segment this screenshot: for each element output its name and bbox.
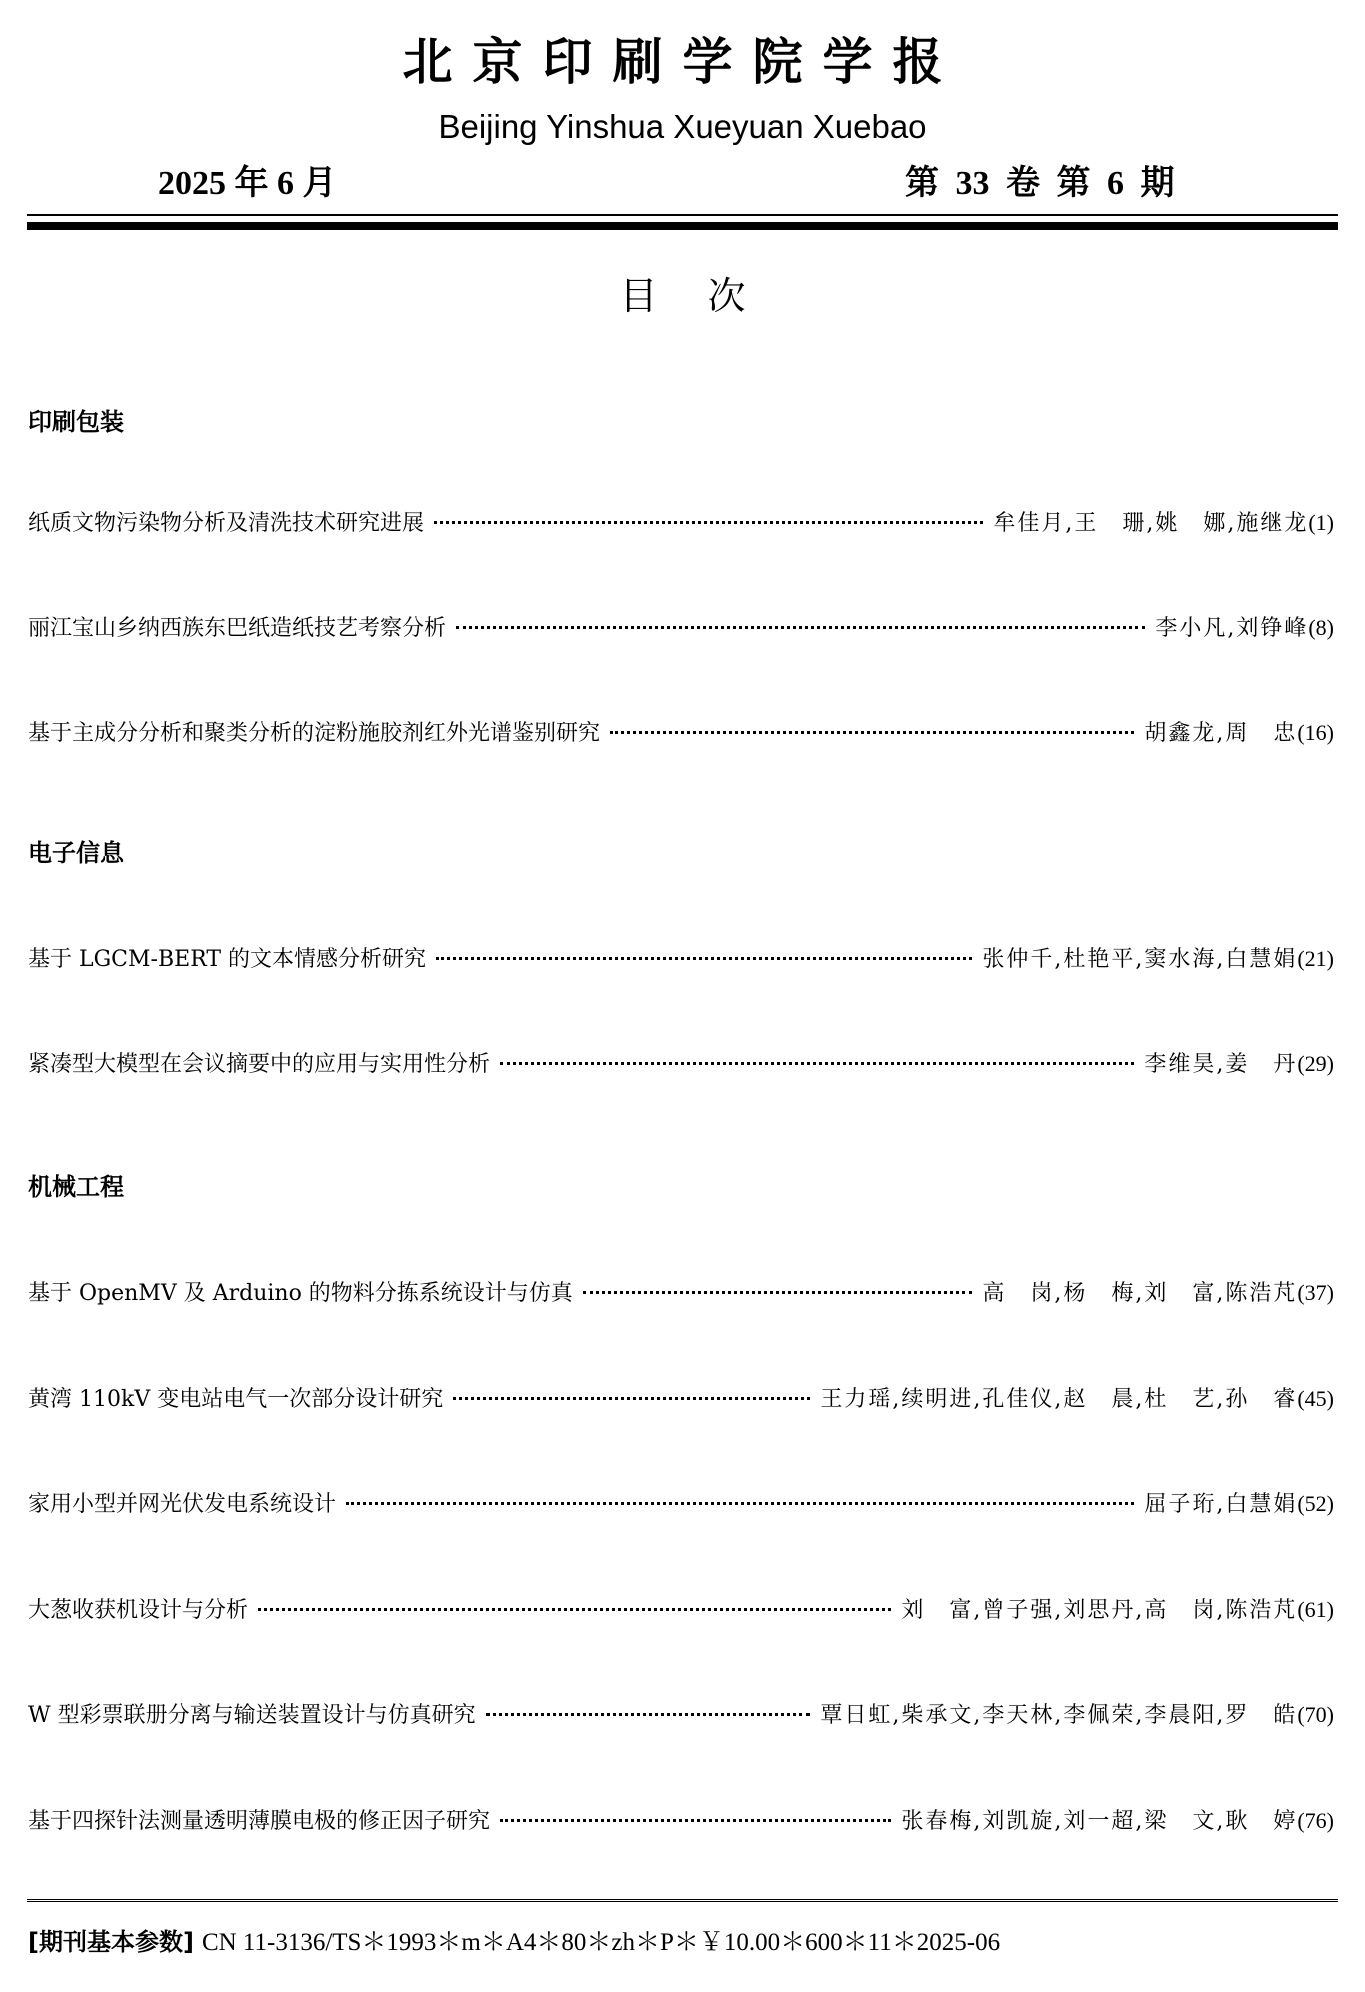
- dot-leader: [583, 1291, 973, 1294]
- entry-title: 大葱收获机设计与分析: [28, 1593, 248, 1624]
- entry-authors: 李小凡,刘铮峰: [1155, 611, 1308, 642]
- dot-leader: [486, 1713, 811, 1716]
- dot-leader: [456, 626, 1145, 629]
- entry-authors: 高 岗,杨 梅,刘 富,陈浩芃: [982, 1276, 1297, 1307]
- entry-authors: 张仲千,杜艳平,窦水海,白慧娟: [982, 942, 1297, 973]
- dot-leader: [436, 957, 972, 960]
- entry-title: 基于主成分分析和聚类分析的淀粉施胶剂红外光谱鉴别研究: [28, 716, 600, 747]
- toc-entry[interactable]: 基于 LGCM-BERT 的文本情感分析研究 张仲千,杜艳平,窦水海,白慧娟 (…: [28, 942, 1334, 973]
- dot-leader: [258, 1608, 891, 1611]
- entry-authors: 覃日虹,柴承文,李天林,李佩荣,李晨阳,罗 皓: [820, 1698, 1297, 1729]
- toc-entry[interactable]: 基于四探针法测量透明薄膜电极的修正因子研究 张春梅,刘凯旋,刘一超,梁 文,耿 …: [28, 1804, 1334, 1835]
- entry-page: (21): [1297, 946, 1334, 972]
- entry-page: (52): [1297, 1491, 1334, 1517]
- entry-page: (16): [1297, 720, 1334, 746]
- header-rule-thin: [27, 214, 1338, 216]
- entry-authors: 王力瑶,续明进,孔佳仪,赵 晨,杜 艺,孙 睿: [820, 1382, 1297, 1413]
- parameters-value: CN 11-3136/TS＊1993＊m＊A4＊80＊zh＊P＊￥10.00＊6…: [202, 1922, 1000, 1958]
- entry-authors: 牟佳月,王 珊,姚 娜,施继龙: [993, 506, 1308, 537]
- header-rule-thick: [27, 222, 1338, 230]
- entry-title: 紧凑型大模型在会议摘要中的应用与实用性分析: [28, 1047, 490, 1078]
- section-title: 印刷包装: [28, 402, 124, 437]
- entry-title: 基于四探针法测量透明薄膜电极的修正因子研究: [28, 1804, 490, 1835]
- entry-authors: 屈子珩,白慧娟: [1144, 1487, 1297, 1518]
- dot-leader: [500, 1819, 891, 1822]
- entry-authors: 李维昊,姜 丹: [1144, 1047, 1297, 1078]
- issue-date: 2025 年 6 月: [158, 155, 337, 204]
- entry-page: (45): [1297, 1386, 1334, 1412]
- entry-title: W 型彩票联册分离与输送装置设计与仿真研究: [28, 1698, 476, 1729]
- toc-entry[interactable]: 基于主成分分析和聚类分析的淀粉施胶剂红外光谱鉴别研究 胡鑫龙,周 忠 (16): [28, 716, 1334, 747]
- dot-leader: [434, 521, 983, 524]
- entry-title: 家用小型并网光伏发电系统设计: [28, 1487, 336, 1518]
- entry-authors: 张春梅,刘凯旋,刘一超,梁 文,耿 婷: [901, 1804, 1297, 1835]
- dot-leader: [453, 1397, 810, 1400]
- toc-entry[interactable]: 大葱收获机设计与分析 刘 富,曾子强,刘思丹,高 岗,陈浩芃 (61): [28, 1593, 1334, 1624]
- entry-authors: 刘 富,曾子强,刘思丹,高 岗,陈浩芃: [901, 1593, 1297, 1624]
- entry-page: (37): [1297, 1280, 1334, 1306]
- section-title: 机械工程: [28, 1167, 124, 1202]
- entry-page: (61): [1297, 1597, 1334, 1623]
- journal-parameters: [期刊基本参数] CN 11-3136/TS＊1993＊m＊A4＊80＊zh＊P…: [28, 1922, 1000, 1958]
- entry-title: 黄湾 110kV 变电站电气一次部分设计研究: [28, 1382, 443, 1413]
- entry-title: 基于 LGCM-BERT 的文本情感分析研究: [28, 942, 426, 973]
- toc-entry[interactable]: 紧凑型大模型在会议摘要中的应用与实用性分析 李维昊,姜 丹 (29): [28, 1047, 1334, 1078]
- dot-leader: [610, 731, 1134, 734]
- entry-title: 丽江宝山乡纳西族东巴纸造纸技艺考察分析: [28, 611, 446, 642]
- toc-entry[interactable]: 黄湾 110kV 变电站电气一次部分设计研究 王力瑶,续明进,孔佳仪,赵 晨,杜…: [28, 1382, 1334, 1413]
- entry-title: 基于 OpenMV 及 Arduino 的物料分拣系统设计与仿真: [28, 1276, 573, 1307]
- toc-entry[interactable]: 基于 OpenMV 及 Arduino 的物料分拣系统设计与仿真 高 岗,杨 梅…: [28, 1276, 1334, 1307]
- toc-heading: 目次: [0, 265, 1365, 320]
- entry-page: (76): [1297, 1808, 1334, 1834]
- toc-entry[interactable]: W 型彩票联册分离与输送装置设计与仿真研究 覃日虹,柴承文,李天林,李佩荣,李晨…: [28, 1698, 1334, 1729]
- toc-entry[interactable]: 家用小型并网光伏发电系统设计 屈子珩,白慧娟 (52): [28, 1487, 1334, 1518]
- parameters-label: [期刊基本参数]: [28, 1922, 194, 1957]
- footer-rule: [27, 1899, 1338, 1902]
- entry-page: (8): [1308, 615, 1334, 641]
- entry-page: (29): [1297, 1051, 1334, 1077]
- entry-authors: 胡鑫龙,周 忠: [1144, 716, 1297, 747]
- section-title: 电子信息: [28, 833, 124, 868]
- toc-entry[interactable]: 纸质文物污染物分析及清洗技术研究进展 牟佳月,王 珊,姚 娜,施继龙 (1): [28, 506, 1334, 537]
- entry-page: (70): [1297, 1702, 1334, 1728]
- entry-title: 纸质文物污染物分析及清洗技术研究进展: [28, 506, 424, 537]
- dot-leader: [500, 1062, 1134, 1065]
- journal-title: 北京印刷学院学报: [0, 22, 1365, 94]
- dot-leader: [346, 1502, 1134, 1505]
- issue-volume: 第 33 卷 第 6 期: [905, 155, 1175, 204]
- toc-entry[interactable]: 丽江宝山乡纳西族东巴纸造纸技艺考察分析 李小凡,刘铮峰 (8): [28, 611, 1334, 642]
- entry-page: (1): [1308, 510, 1334, 536]
- journal-pinyin: Beijing Yinshua Xueyuan Xuebao: [0, 108, 1365, 146]
